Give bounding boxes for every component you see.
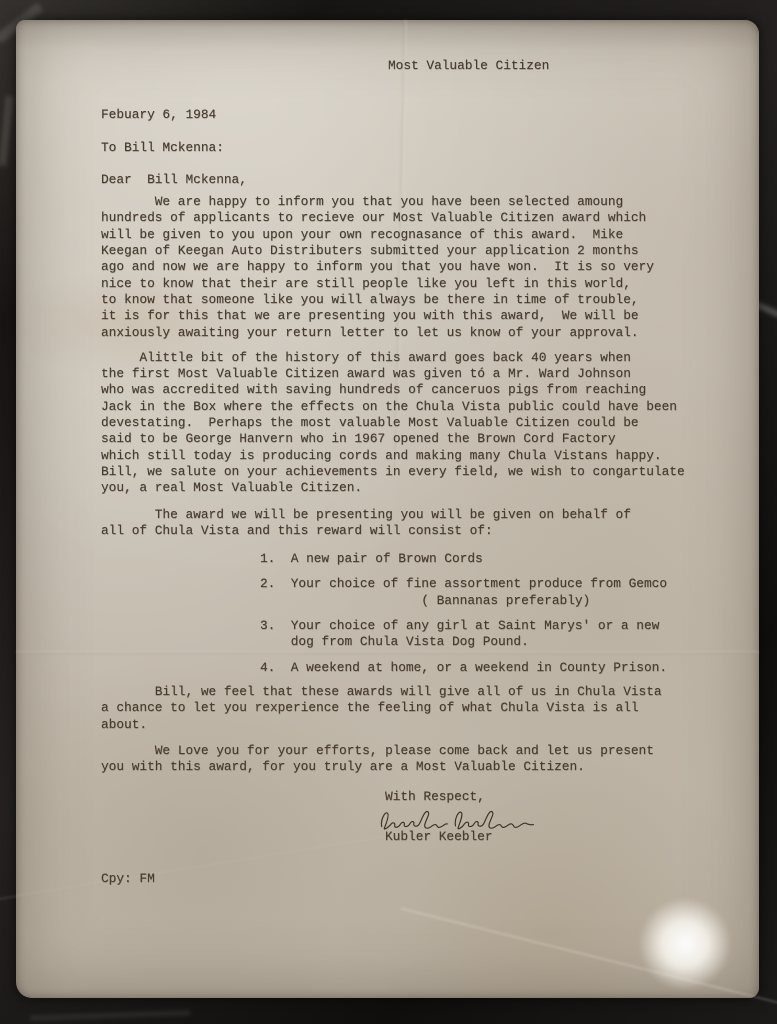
award-list-item-2: 2. Your choice of fine assortment produc… [260, 576, 729, 609]
camera-flash-spot [637, 898, 733, 990]
letter-paper: Most Valuable Citizen Febuary 6, 1984 To… [16, 20, 759, 998]
paragraph-5: We Love you for your efforts, please com… [101, 743, 729, 776]
date-line: Febuary 6, 1984 [101, 107, 729, 123]
frame-scratch [0, 96, 14, 166]
letter-content: Most Valuable Citizen Febuary 6, 1984 To… [16, 20, 759, 998]
award-list: 1. A new pair of Brown Cords 2. Your cho… [260, 551, 729, 676]
copy-line: Cpy: FM [101, 871, 729, 887]
award-list-item-1: 1. A new pair of Brown Cords [260, 551, 729, 567]
paragraph-1: We are happy to inform you that you have… [101, 194, 729, 341]
recipient-line: To Bill Mckenna: [101, 140, 729, 156]
award-list-item-4: 4. A weekend at home, or a weekend in Co… [260, 660, 729, 676]
closing-line: With Respect, [385, 789, 729, 805]
frame-scratch [30, 1010, 190, 1021]
signature-name: Kubler Keebler [385, 829, 729, 845]
framed-letter-photo: Most Valuable Citizen Febuary 6, 1984 To… [0, 0, 777, 1024]
paragraph-4: Bill, we feel that these awards will giv… [101, 684, 729, 733]
salutation-line: Dear Bill Mckenna, [101, 172, 729, 188]
signature-block: With Respect, Kubler Keebler [385, 789, 729, 845]
paragraph-2: Alittle bit of the history of this award… [101, 350, 729, 497]
paragraph-3: The award we will be presenting you will… [101, 507, 729, 540]
letter-title: Most Valuable Citizen [388, 58, 729, 74]
award-list-item-3: 3. Your choice of any girl at Saint Mary… [260, 618, 729, 651]
